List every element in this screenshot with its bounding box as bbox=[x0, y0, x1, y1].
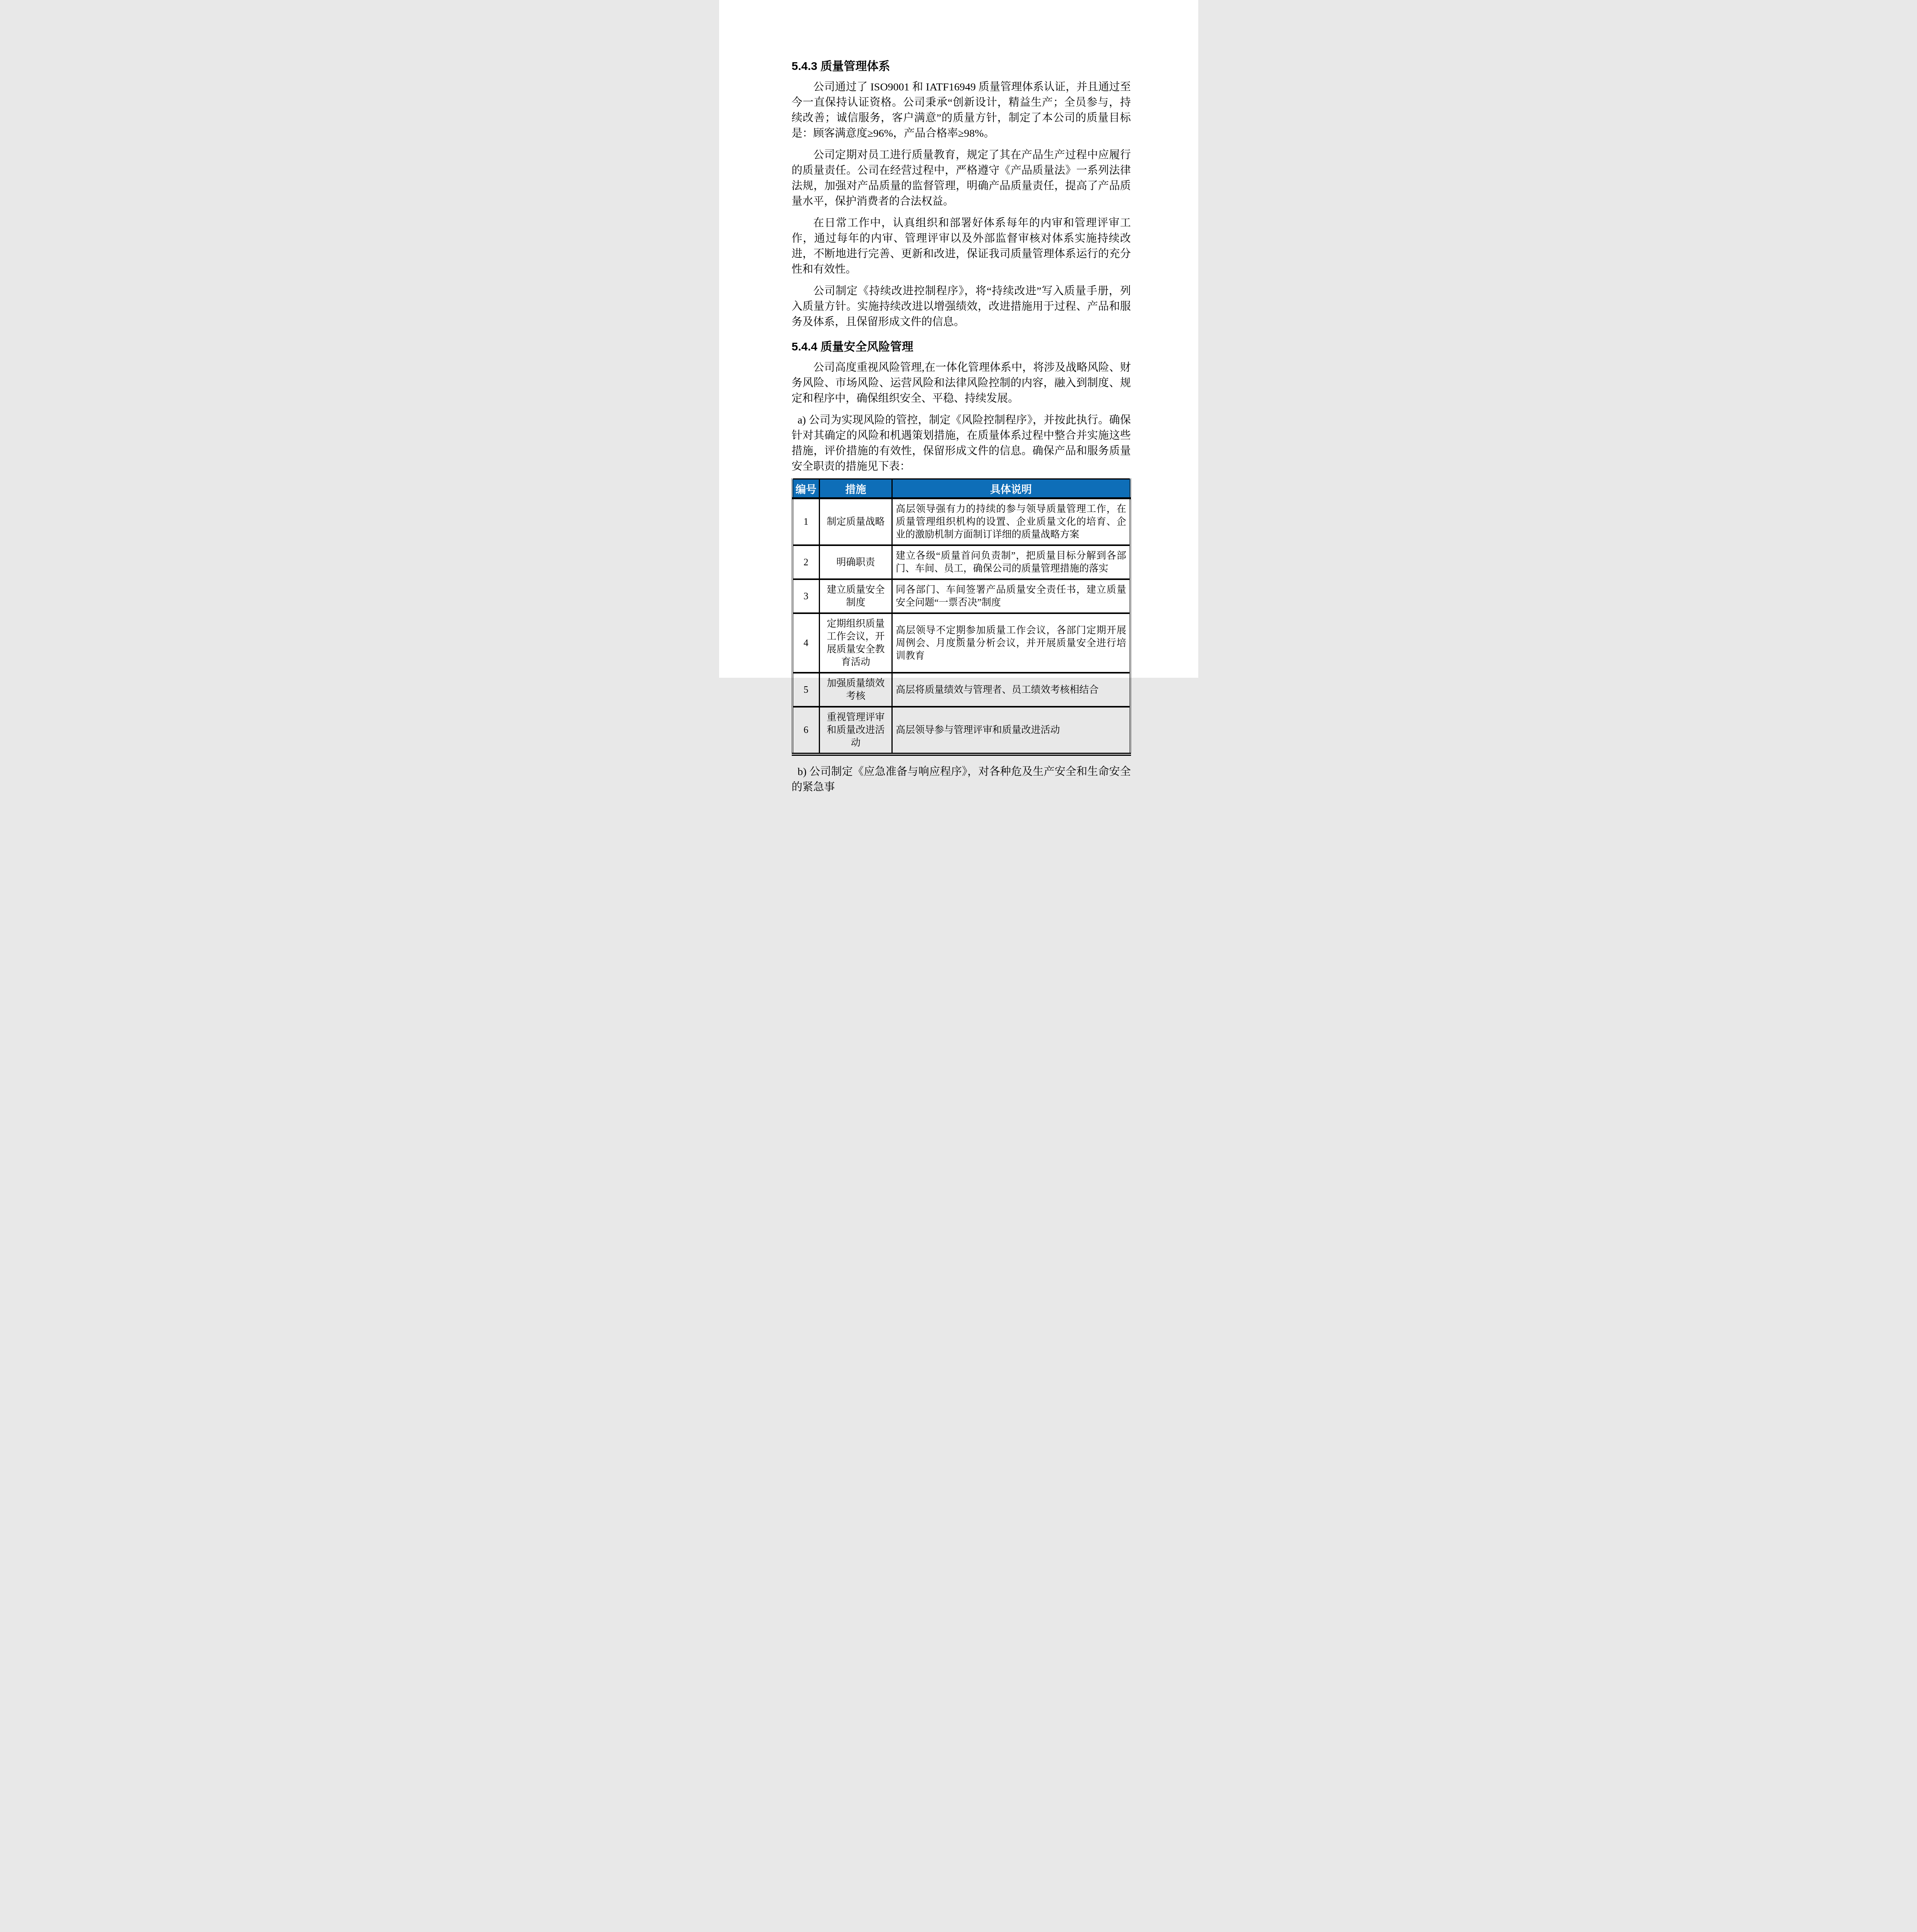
table-row: 2 明确职责 建立各级“质量首问负责制”，把质量目标分解到各部门、车间、员工，确… bbox=[793, 545, 1130, 579]
cell-description: 高层领导不定期参加质量工作会议，各部门定期开展周例会、月度质量分析会议，并开展质… bbox=[892, 613, 1130, 673]
table-row: 6 重视管理评审和质量改进活动 高层领导参与管理评审和质量改进活动 bbox=[793, 707, 1130, 754]
list-item-a: a) 公司为实现风险的管控，制定《风险控制程序》，并按此执行。确保针对其确定的风… bbox=[792, 413, 1131, 474]
cell-measure: 建立质量安全制度 bbox=[820, 579, 892, 613]
th-number: 编号 bbox=[793, 479, 820, 498]
paragraph-543-4: 公司制定《持续改进控制程序》，将“持续改进”写入质量手册，列入质量方针。实施持续… bbox=[792, 284, 1131, 330]
cell-measure: 加强质量绩效考核 bbox=[820, 673, 892, 707]
th-measure: 措施 bbox=[820, 479, 892, 498]
cell-number: 2 bbox=[793, 545, 820, 579]
paragraph-543-1: 公司通过了 ISO9001 和 IATF16949 质量管理体系认证，并且通过至… bbox=[792, 80, 1131, 141]
paragraph-543-3: 在日常工作中，认真组织和部署好体系每年的内审和管理评审工作，通过每年的内审、管理… bbox=[792, 216, 1131, 277]
cell-description: 建立各级“质量首问负责制”，把质量目标分解到各部门、车间、员工，确保公司的质量管… bbox=[892, 545, 1130, 579]
cell-measure: 定期组织质量工作会议，开展质量安全教育活动 bbox=[820, 613, 892, 673]
cell-measure: 制定质量战略 bbox=[820, 498, 892, 546]
cell-measure: 重视管理评审和质量改进活动 bbox=[820, 707, 892, 754]
cell-number: 3 bbox=[793, 579, 820, 613]
cell-number: 1 bbox=[793, 498, 820, 546]
measures-table: 编号 措施 具体说明 1 制定质量战略 高层领导强有力的持续的参与领导质量管理工… bbox=[792, 478, 1131, 756]
cell-description: 高层将质量绩效与管理者、员工绩效考核相结合 bbox=[892, 673, 1130, 707]
cell-description: 高层领导参与管理评审和质量改进活动 bbox=[892, 707, 1130, 754]
cell-description: 高层领导强有力的持续的参与领导质量管理工作，在质量管理组织机构的设置、企业质量文… bbox=[892, 498, 1130, 546]
section-544-heading: 5.4.4 质量安全风险管理 bbox=[792, 338, 1131, 355]
cell-number: 6 bbox=[793, 707, 820, 754]
page-number: 5 bbox=[719, 633, 1198, 643]
table-header-row: 编号 措施 具体说明 bbox=[793, 479, 1130, 498]
table-row: 1 制定质量战略 高层领导强有力的持续的参与领导质量管理工作，在质量管理组织机构… bbox=[793, 498, 1130, 546]
cell-description: 同各部门、车间签署产品质量安全责任书，建立质量安全问题“一票否决”制度 bbox=[892, 579, 1130, 613]
cell-number: 5 bbox=[793, 673, 820, 707]
th-description: 具体说明 bbox=[892, 479, 1130, 498]
document-page: 5.4.3 质量管理体系 公司通过了 ISO9001 和 IATF16949 质… bbox=[719, 0, 1198, 678]
table-row: 5 加强质量绩效考核 高层将质量绩效与管理者、员工绩效考核相结合 bbox=[793, 673, 1130, 707]
list-item-b: b) 公司制定《应急准备与响应程序》，对各种危及生产安全和生命安全的紧急事 bbox=[792, 764, 1131, 795]
paragraph-544-1: 公司高度重视风险管理,在一体化管理体系中，将涉及战略风险、财务风险、市场风险、运… bbox=[792, 360, 1131, 406]
section-543-heading: 5.4.3 质量管理体系 bbox=[792, 58, 1131, 75]
table-row: 4 定期组织质量工作会议，开展质量安全教育活动 高层领导不定期参加质量工作会议，… bbox=[793, 613, 1130, 673]
paragraph-543-2: 公司定期对员工进行质量教育，规定了其在产品生产过程中应履行的质量责任。公司在经营… bbox=[792, 148, 1131, 209]
cell-number: 4 bbox=[793, 613, 820, 673]
table-row: 3 建立质量安全制度 同各部门、车间签署产品质量安全责任书，建立质量安全问题“一… bbox=[793, 579, 1130, 613]
cell-measure: 明确职责 bbox=[820, 545, 892, 579]
